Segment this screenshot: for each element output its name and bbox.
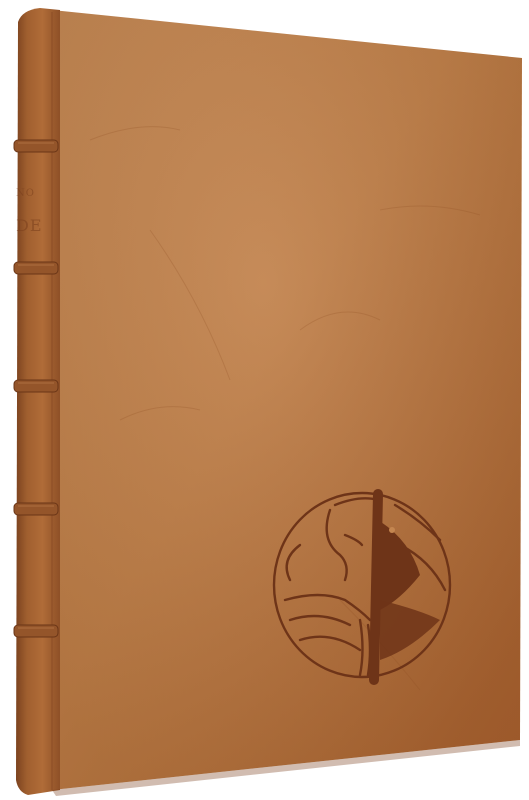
spine-top-text: NO <box>16 188 35 199</box>
spine-title-text: DE <box>16 216 43 235</box>
book-photo <box>0 0 529 800</box>
book-spine <box>16 8 60 795</box>
